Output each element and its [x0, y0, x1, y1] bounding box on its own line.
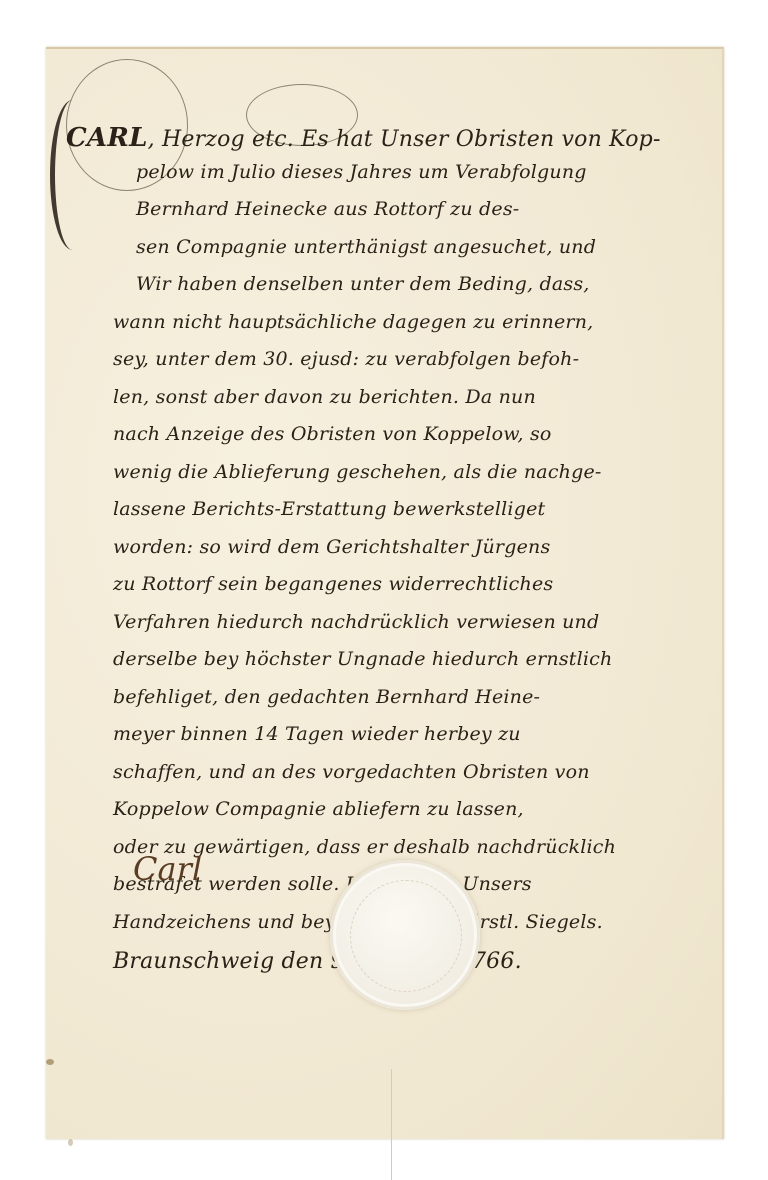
text-line: pelow im Julio dieses Jahres um Verabfol…: [136, 161, 587, 183]
text-line: sey, unter dem 30. ejusd: zu verabfolgen…: [113, 348, 579, 370]
text-line: Bernhard Heinecke aus Rottorf zu des-: [136, 198, 519, 220]
text-line: wenig die Ablieferung geschehen, als die…: [113, 461, 602, 483]
text-line: len, sonst aber davon zu berichten. Da n…: [113, 386, 536, 408]
text-line: schaffen, und an des vorgedachten Obrist…: [113, 761, 590, 783]
ink-stain: [46, 1059, 54, 1065]
text-line: derselbe bey höchster Ungnade hiedurch e…: [113, 648, 612, 670]
text-line: wann nicht hauptsächliche dagegen zu eri…: [113, 311, 593, 333]
paper-crease: [391, 1069, 392, 1180]
text-line: Koppelow Compagnie abliefern zu lassen,: [113, 798, 524, 820]
foxing-spot: [68, 1139, 73, 1146]
text-line: worden: so wird dem Gerichtshalter Jürge…: [113, 536, 550, 558]
title-word: Herzog etc.: [162, 127, 294, 152]
text-line: Verfahren hiedurch nachdrücklich verwies…: [113, 611, 599, 633]
text-line: lassene Berichts-Erstattung bewerkstelli…: [113, 498, 545, 520]
coat-of-arms-icon: [350, 880, 462, 992]
text-line: befehliget, den gedachten Bernhard Heine…: [113, 686, 540, 708]
text-line: nach Anzeige des Obristen von Koppelow, …: [113, 423, 552, 445]
text-line: meyer binnen 14 Tagen wieder herbey zu: [113, 723, 521, 745]
embossed-seal: [330, 860, 480, 1010]
text-line: Es hat Unser Obristen von Kop-: [301, 127, 660, 152]
initial-word: CARL: [66, 123, 148, 153]
text-line: Wir haben denselben unter dem Beding, da…: [136, 273, 590, 295]
text-line-opening: CARL, Herzog etc. Es hat Unser Obristen …: [66, 123, 661, 153]
text-line: zu Rottorf sein begangenes widerrechtlic…: [113, 573, 553, 595]
signature: Carl: [133, 850, 202, 888]
text-line: sen Compagnie unterthänigst angesuchet, …: [136, 236, 596, 258]
